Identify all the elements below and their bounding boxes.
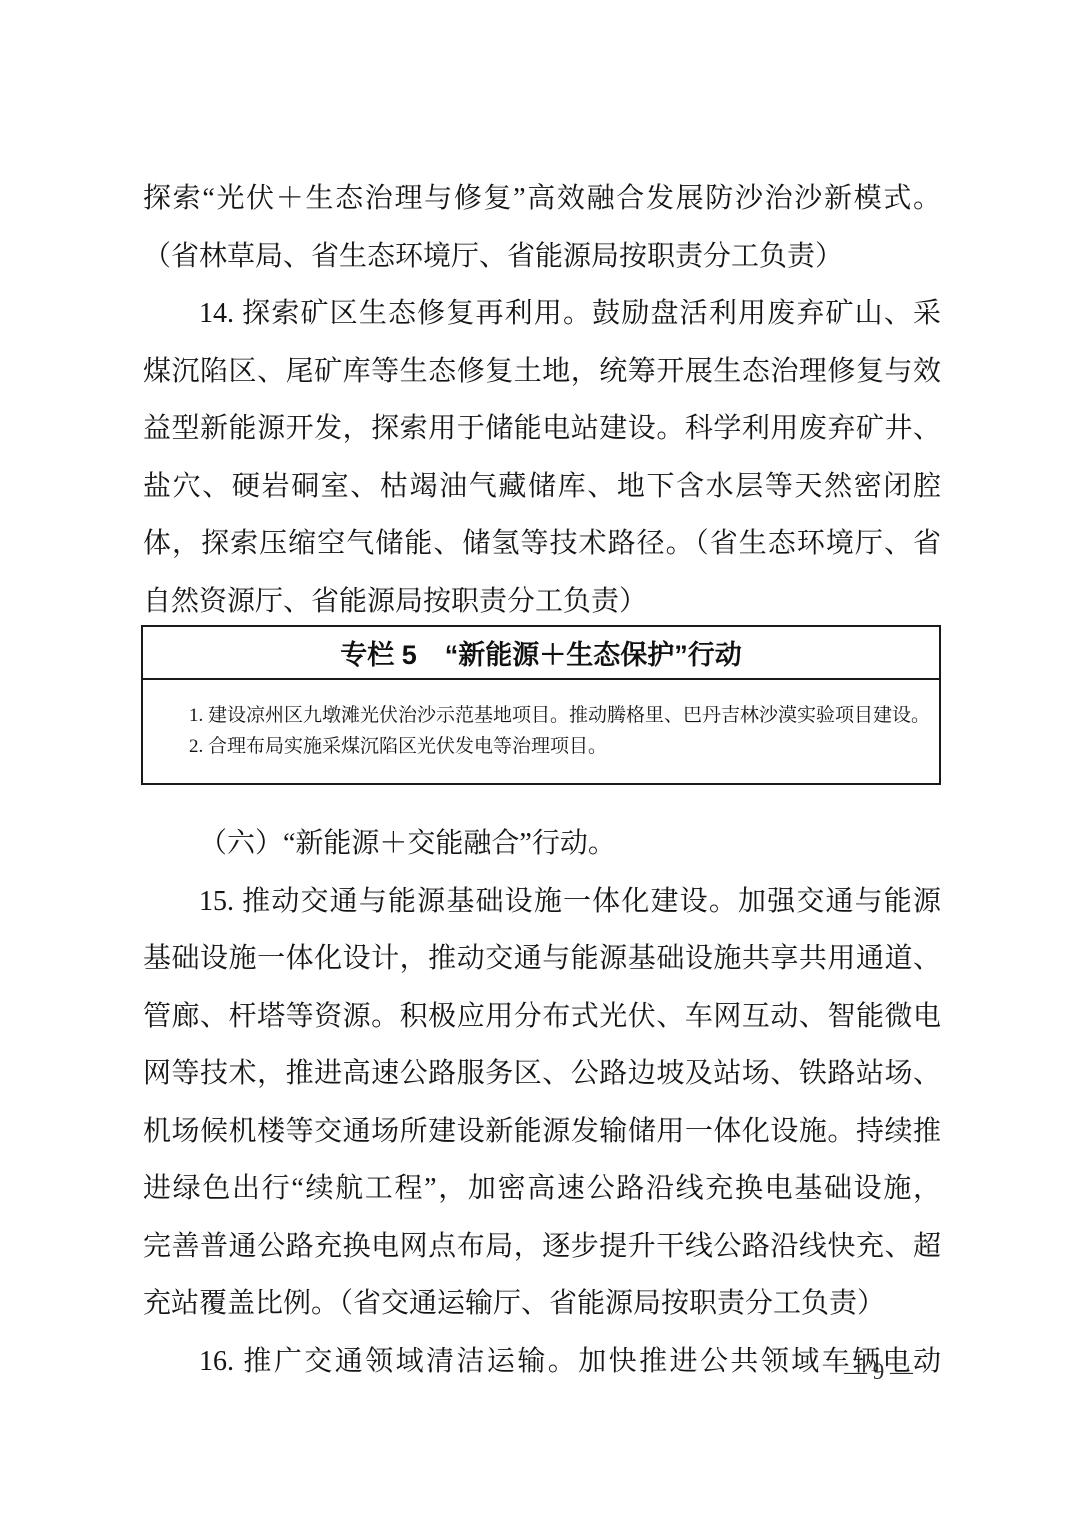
text-line: 进绿色出行“续航工程”，加密高速公路沿线充换电基础设施，	[143, 1160, 941, 1218]
body-text-upper: 探索“光伏＋生态治理与修复”高效融合发展防沙治沙新模式。（省林草局、省生态环境厅…	[143, 170, 941, 630]
feature-box: 专栏 5 “新能源＋生态保护”行动 1. 建设凉州区九墩滩光伏治沙示范基地项目。…	[141, 625, 941, 785]
text-line: 充站覆盖比例。（省交通运输厅、省能源局按职责分工负责）	[143, 1275, 941, 1333]
text-line: 管廊、杆塔等资源。积极应用分布式光伏、车网互动、智能微电	[143, 988, 941, 1046]
text-line: 基础设施一体化设计，推动交通与能源基础设施共享共用通道、	[143, 930, 941, 988]
feature-box-body: 1. 建设凉州区九墩滩光伏治沙示范基地项目。推动腾格里、巴丹吉林沙漠实验项目建设…	[143, 680, 939, 762]
text-line: 自然资源厅、省能源局按职责分工负责）	[143, 573, 941, 631]
text-line: 煤沉陷区、尾矿库等生态修复土地，统筹开展生态治理修复与效	[143, 343, 941, 401]
page-number: — 9 —	[844, 1359, 913, 1384]
text-line: 盐穴、硬岩硐室、枯竭油气藏储库、地下含水层等天然密闭腔	[143, 458, 941, 516]
text-line: 15. 推动交通与能源基础设施一体化建设。加强交通与能源	[143, 873, 941, 931]
text-line: 网等技术，推进高速公路服务区、公路边坡及站场、铁路站场、	[143, 1045, 941, 1103]
text-line: 机场候机楼等交通场所建设新能源发输储用一体化设施。持续推	[143, 1103, 941, 1161]
feature-box-title: “新能源＋生态保护”行动	[445, 633, 742, 672]
feature-box-item: 1. 建设凉州区九墩滩光伏治沙示范基地项目。推动腾格里、巴丹吉林沙漠实验项目建设…	[189, 700, 929, 731]
feature-box-header: 专栏 5 “新能源＋生态保护”行动	[143, 627, 939, 680]
text-line: 14. 探索矿区生态修复再利用。鼓励盘活利用废弃矿山、采	[143, 285, 941, 343]
feature-box-label: 专栏 5	[340, 633, 417, 672]
text-line: （六）“新能源＋交能融合”行动。	[143, 815, 941, 873]
text-line: 完善普通公路充换电网点布局，逐步提升干线公路沿线快充、超	[143, 1218, 941, 1276]
page-footer: — 9 —	[143, 1358, 941, 1386]
text-line: （省林草局、省生态环境厅、省能源局按职责分工负责）	[143, 228, 941, 286]
feature-box-item: 2. 合理布局实施采煤沉陷区光伏发电等治理项目。	[189, 731, 929, 762]
text-line: 探索“光伏＋生态治理与修复”高效融合发展防沙治沙新模式。	[143, 170, 941, 228]
text-line: 益型新能源开发，探索用于储能电站建设。科学利用废弃矿井、	[143, 400, 941, 458]
document-page: 探索“光伏＋生态治理与修复”高效融合发展防沙治沙新模式。（省林草局、省生态环境厅…	[0, 0, 1080, 1527]
body-text-lower: （六）“新能源＋交能融合”行动。15. 推动交通与能源基础设施一体化建设。加强交…	[143, 815, 941, 1390]
text-line: 体，探索压缩空气储能、储氢等技术路径。（省生态环境厅、省	[143, 515, 941, 573]
